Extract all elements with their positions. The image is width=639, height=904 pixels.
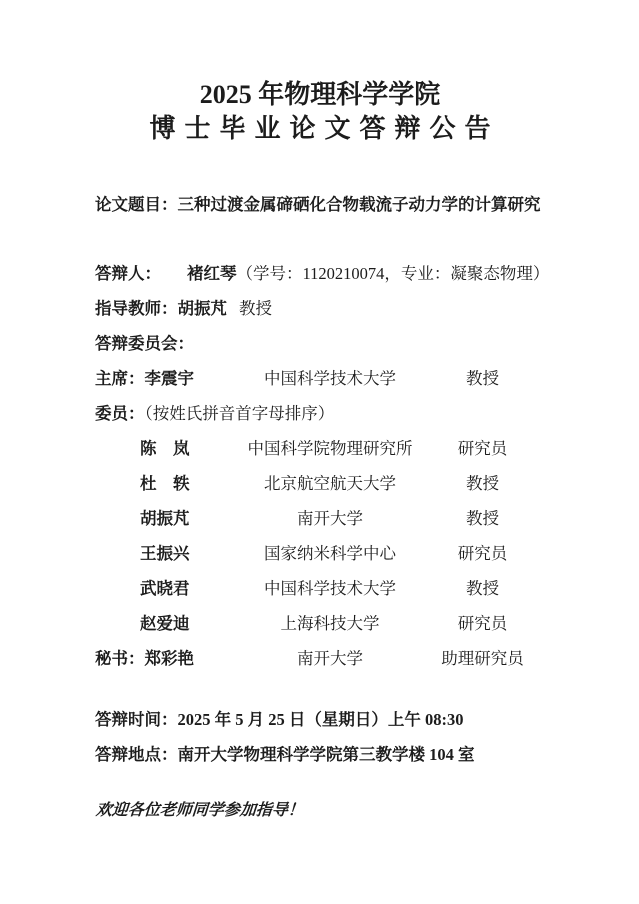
- member-name: 王振兴: [95, 536, 240, 571]
- welcome-line: 欢迎各位老师同学参加指导！: [95, 800, 547, 822]
- supervisor-title: 教授: [239, 299, 272, 318]
- defense-place-label: 答辩地点：: [95, 745, 178, 764]
- member-title: 研究员: [420, 606, 545, 641]
- supervisor-name: 胡振芃: [178, 299, 228, 318]
- thesis-label: 论文题目：: [95, 195, 178, 214]
- member-institution: 中国科学院物理研究所: [240, 431, 420, 466]
- defense-place-value: 南开大学物理科学学院第三教学楼 104 室: [178, 745, 475, 764]
- member-institution: 北京航空航天大学: [240, 466, 420, 501]
- member-row: 胡振芃 南开大学 教授: [95, 501, 545, 536]
- member-name: 胡振芃: [95, 501, 240, 536]
- doc-title-line1: 2025 年物理科学学院: [95, 80, 545, 110]
- chair-label: 主席：: [95, 369, 145, 388]
- candidate-name: 褚红琴: [187, 264, 237, 283]
- member-row: 陈 岚 中国科学院物理研究所 研究员: [95, 431, 545, 466]
- secretary-name: 郑彩艳: [145, 649, 195, 668]
- member-title: 教授: [420, 571, 545, 606]
- committee-heading: 答辩委员会：: [95, 326, 545, 361]
- member-name: 陈 岚: [95, 431, 240, 466]
- secretary-title: 助理研究员: [420, 641, 545, 676]
- defense-time-line: 答辩时间：2025 年 5 月 25 日（星期日）上午 08:30: [95, 702, 545, 737]
- member-name: 杜 轶: [95, 466, 240, 501]
- member-name: 武晓君: [95, 571, 240, 606]
- chair-title: 教授: [420, 361, 545, 396]
- member-institution: 上海科技大学: [240, 606, 420, 641]
- member-row: 王振兴 国家纳米科学中心 研究员: [95, 536, 545, 571]
- member-title: 教授: [420, 466, 545, 501]
- announcement-page: 2025 年物理科学学院 博士毕业论文答辩公告 论文题目：三种过渡金属碲硒化合物…: [0, 0, 639, 904]
- supervisor-label: 指导教师：: [95, 299, 178, 318]
- member-institution: 中国科学技术大学: [240, 571, 420, 606]
- member-row: 杜 轶 北京航空航天大学 教授: [95, 466, 545, 501]
- members-label: 委员：: [95, 404, 145, 423]
- chair-institution: 中国科学技术大学: [240, 361, 420, 396]
- member-row: 武晓君 中国科学技术大学 教授: [95, 571, 545, 606]
- member-title: 研究员: [420, 431, 545, 466]
- member-title: 研究员: [420, 536, 545, 571]
- member-row: 赵爱迪 上海科技大学 研究员: [95, 606, 545, 641]
- secretary-name-cell: 秘书：郑彩艳: [95, 641, 240, 676]
- candidate-label: 答辩人：: [95, 264, 161, 283]
- chair-name-cell: 主席：李震宇: [95, 361, 240, 396]
- member-institution: 国家纳米科学中心: [240, 536, 420, 571]
- secretary-row: 秘书：郑彩艳 南开大学 助理研究员: [95, 641, 545, 676]
- chair-name: 李震宇: [145, 369, 195, 388]
- supervisor-line: 指导教师：胡振芃教授: [95, 291, 545, 326]
- defense-time-value: 2025 年 5 月 25 日（星期日）上午 08:30: [178, 710, 464, 729]
- thesis-title-line: 论文题目：三种过渡金属碲硒化合物载流子动力学的计算研究: [95, 192, 545, 218]
- member-name: 赵爱迪: [95, 606, 240, 641]
- candidate-line: 答辩人：褚红琴（学号：1120210074，专业：凝聚态物理）: [95, 256, 545, 291]
- secretary-institution: 南开大学: [240, 641, 420, 676]
- member-institution: 南开大学: [240, 501, 420, 536]
- thesis-title: 三种过渡金属碲硒化合物载流子动力学的计算研究: [178, 195, 541, 214]
- defense-time-label: 答辩时间：: [95, 710, 178, 729]
- candidate-details: （学号：1120210074，专业：凝聚态物理）: [237, 264, 550, 283]
- members-note-row: 委员：（按姓氏拼音首字母排序）: [95, 396, 545, 431]
- chair-row: 主席：李震宇 中国科学技术大学 教授: [95, 361, 545, 396]
- members-note: （按姓氏拼音首字母排序）: [145, 404, 335, 423]
- defense-place-line: 答辩地点：南开大学物理科学学院第三教学楼 104 室: [95, 737, 545, 772]
- doc-title-line2: 博士毕业论文答辩公告: [95, 110, 545, 148]
- member-title: 教授: [420, 501, 545, 536]
- secretary-label: 秘书：: [95, 649, 145, 668]
